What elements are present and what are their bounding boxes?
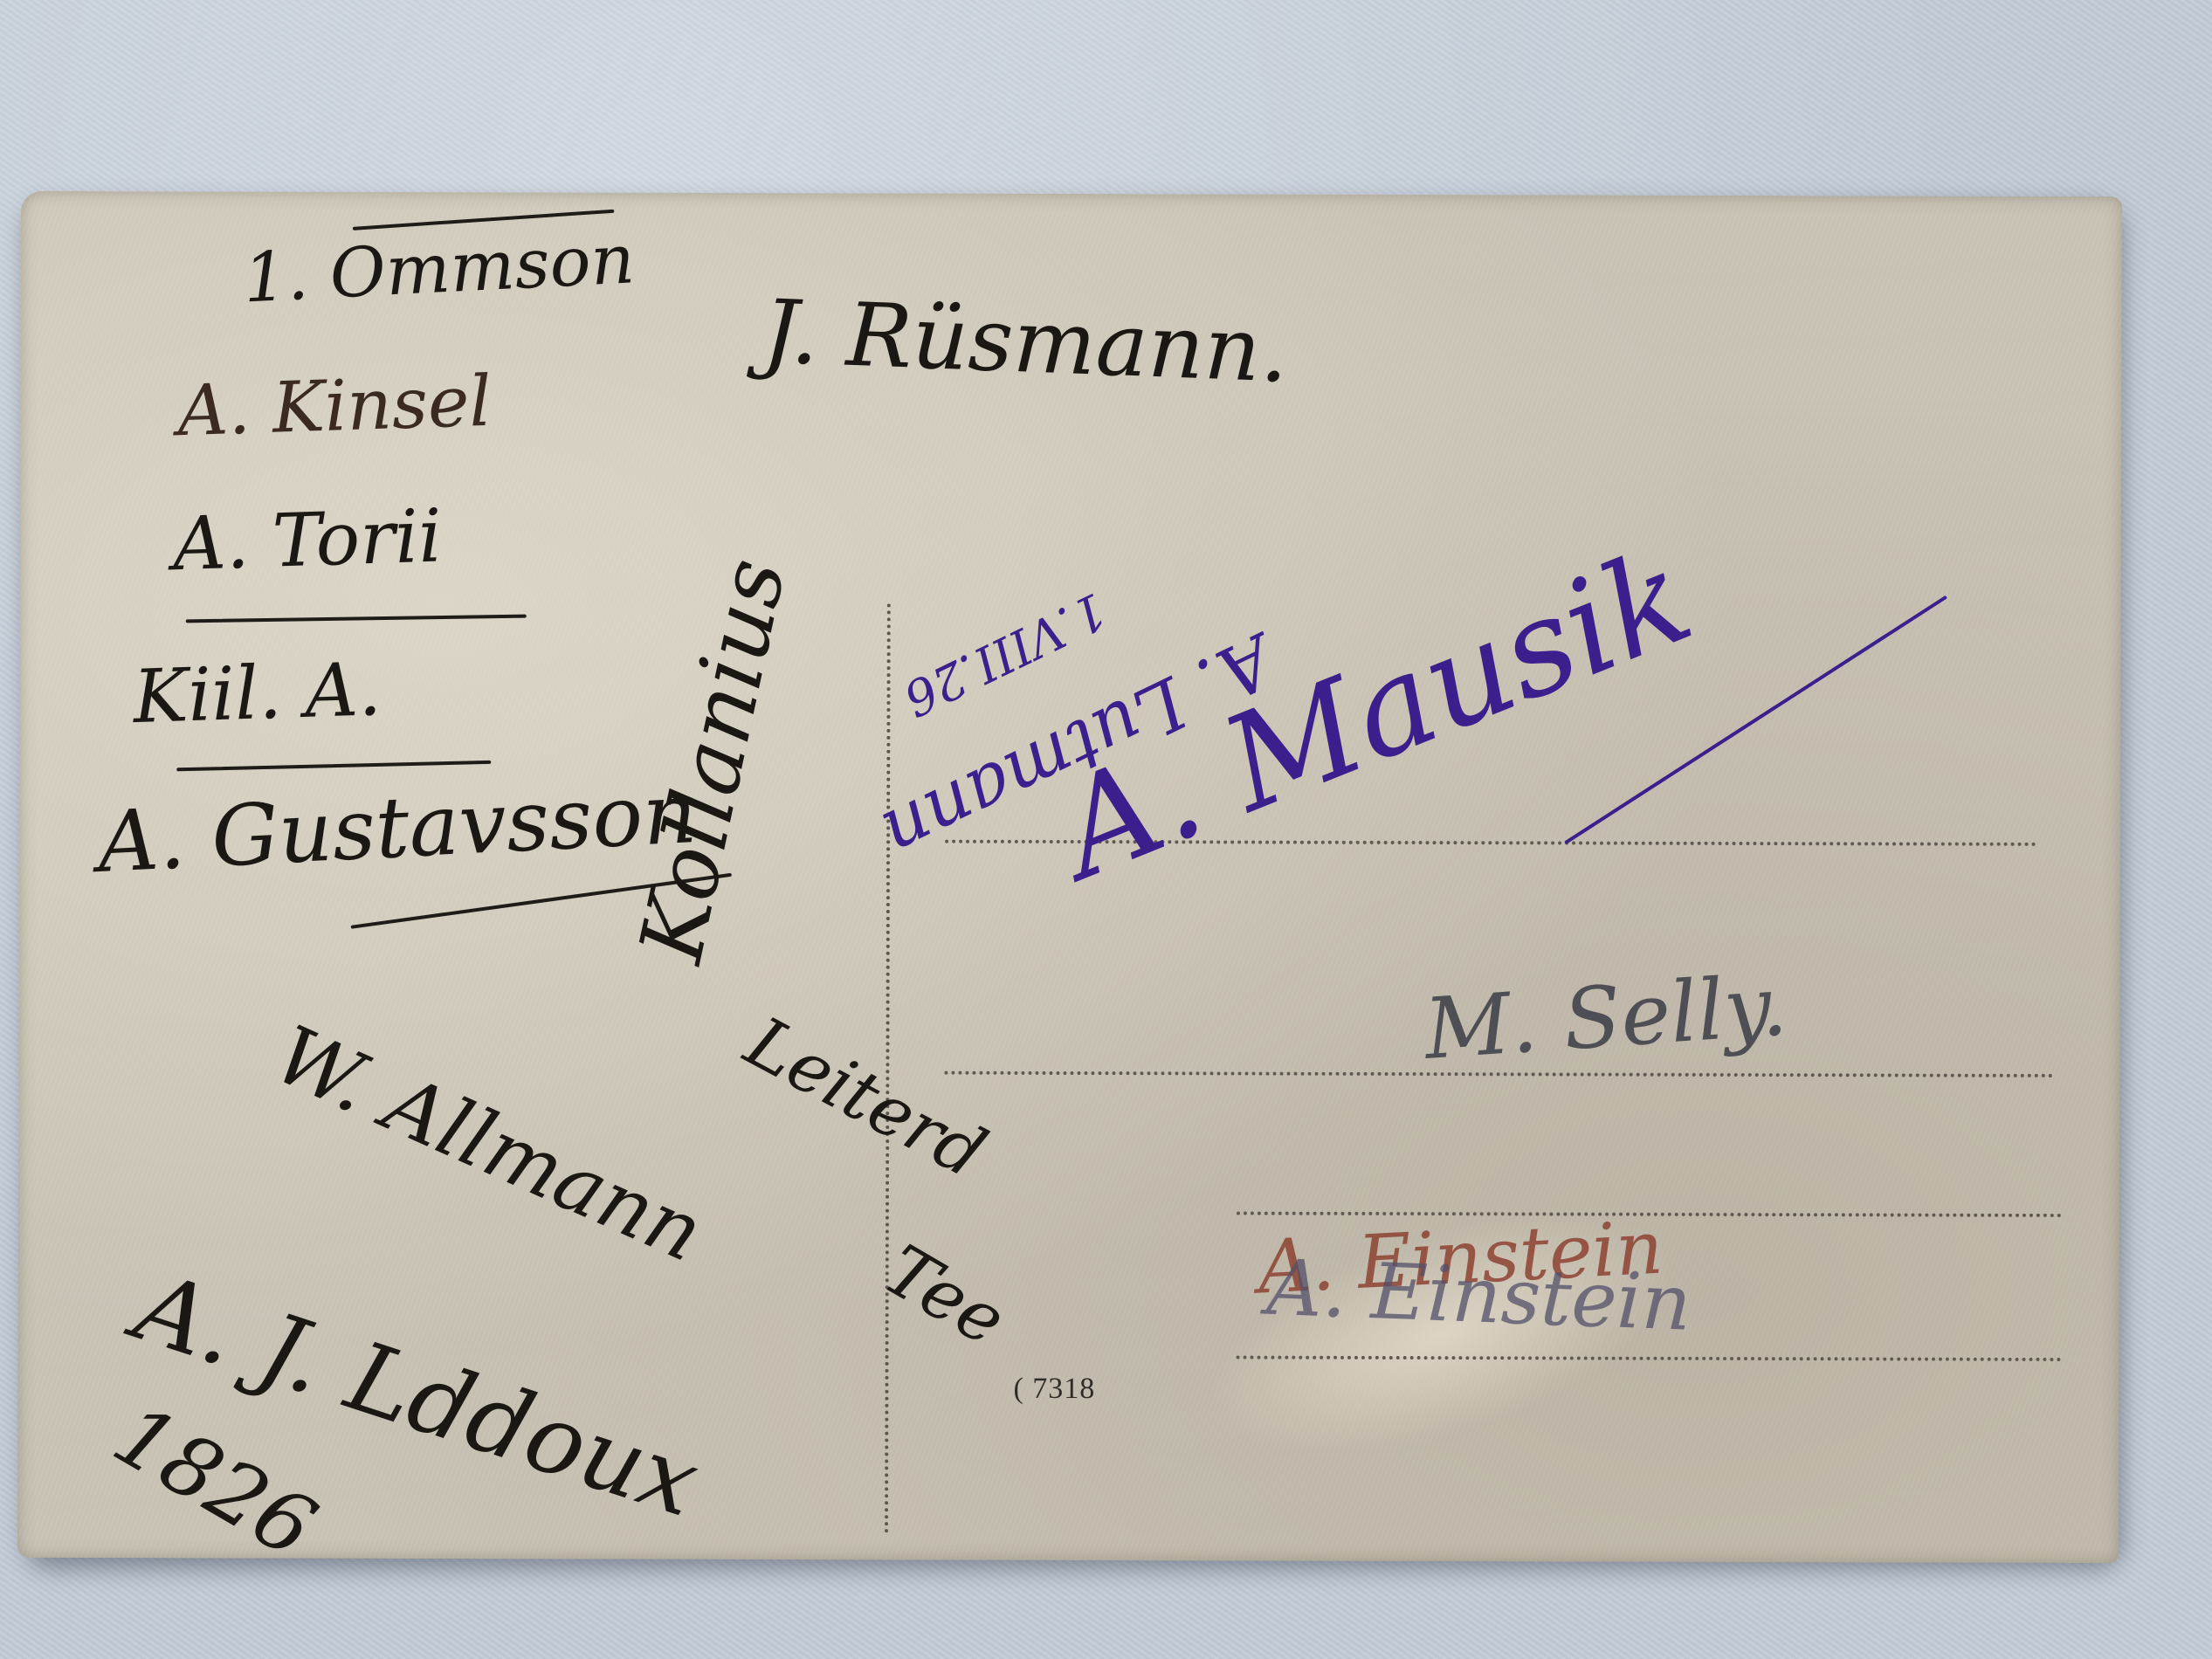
signature-4-underline <box>176 761 491 771</box>
postcard-back: ( 7318 1. Ommson A. Kinsel A. Torii Kiil… <box>17 191 2122 1563</box>
signature-11: Leiterd <box>734 1002 999 1194</box>
signature-3-underline <box>186 615 527 623</box>
signature-3: A. Torii <box>171 492 443 587</box>
signature-7: J. Rüsmann. <box>761 280 1290 403</box>
signature-12: Tee <box>871 1229 1018 1362</box>
signature-17: A. Einstein <box>1265 1243 1693 1348</box>
signature-6-vertical: Kollanius <box>620 550 806 971</box>
signature-4: Kiil. A. <box>132 646 382 740</box>
signature-1: 1. Ommson <box>242 220 637 318</box>
signature-2: A. Kinsel <box>176 361 493 452</box>
signature-5: A. Gustavsson <box>95 764 699 891</box>
signature-16-pencil: M. Selly. <box>1422 956 1790 1078</box>
printed-card-number: ( 7318 <box>1013 1373 1095 1406</box>
signature-13: W. Allmann <box>262 1008 717 1280</box>
